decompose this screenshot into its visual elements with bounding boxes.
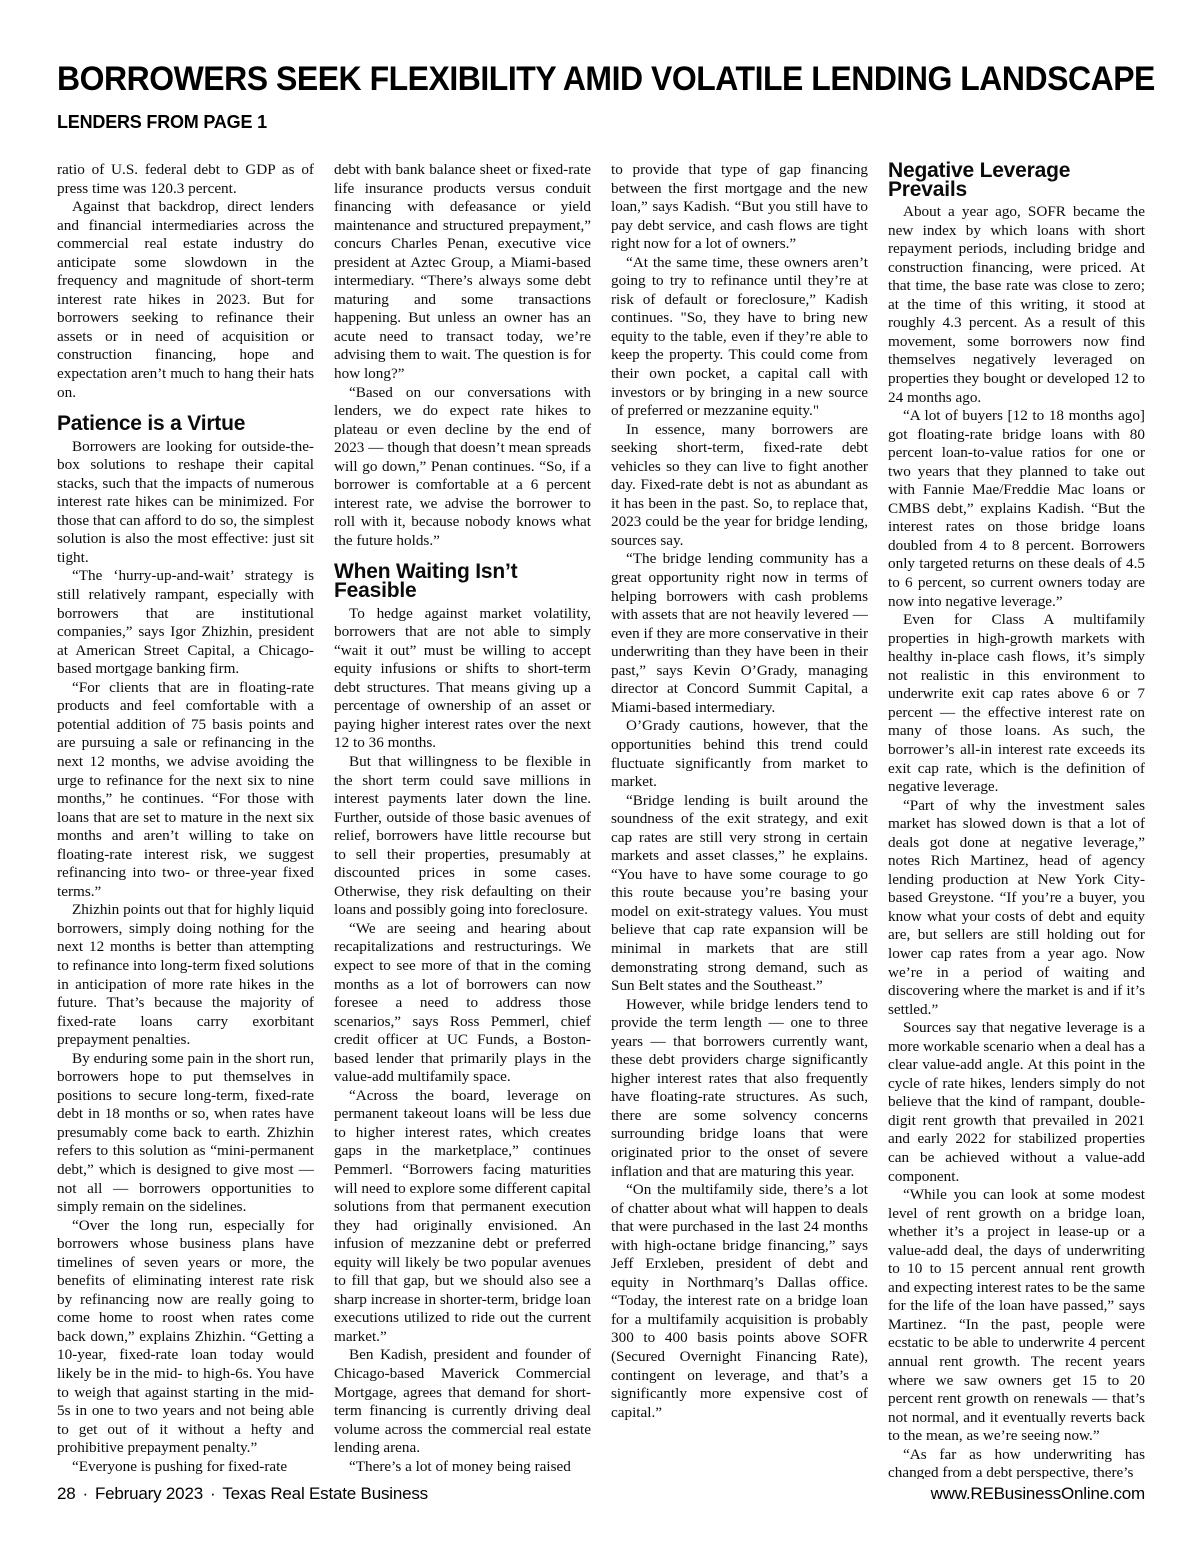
issue-date: February 2023 bbox=[95, 1484, 203, 1504]
paragraph: But that willingness to be flexible in t… bbox=[334, 753, 591, 920]
paragraph: About a year ago, SOFR became the new in… bbox=[888, 203, 1145, 407]
newspaper-page: BORROWERS SEEK FLEXIBILITY AMID VOLATILE… bbox=[0, 0, 1200, 1555]
paragraph: Even for Class A multifamily properties … bbox=[888, 611, 1145, 796]
paragraph: “For clients that are in floating-rate p… bbox=[57, 679, 314, 902]
text-column-2: debt with bank balance sheet or fixed-ra… bbox=[334, 161, 591, 1479]
paragraph: “There’s a lot of money being raised bbox=[334, 1458, 591, 1477]
paragraph: “A lot of buyers [12 to 18 months ago] g… bbox=[888, 407, 1145, 611]
paragraph: “The bridge lending community has a grea… bbox=[611, 550, 868, 717]
paragraph: By enduring some pain in the short run, … bbox=[57, 1050, 314, 1217]
article-body: ratio of U.S. federal debt to GDP as of … bbox=[57, 161, 1145, 1479]
paragraph: However, while bridge lenders tend to pr… bbox=[611, 996, 868, 1181]
paragraph: Zhizhin points out that for highly liqui… bbox=[57, 901, 314, 1049]
paragraph: In essence, many borrowers are seeking s… bbox=[611, 421, 868, 551]
paragraph: “Over the long run, especially for borro… bbox=[57, 1217, 314, 1458]
paragraph: “Across the board, leverage on permanent… bbox=[334, 1087, 591, 1347]
paragraph: “Bridge lending is built around the soun… bbox=[611, 792, 868, 996]
text-column-1: ratio of U.S. federal debt to GDP as of … bbox=[57, 161, 314, 1479]
footer-separator: · bbox=[76, 1484, 95, 1504]
paragraph: “Based on our conversations with lenders… bbox=[334, 384, 591, 551]
text-column-3: to provide that type of gap financing be… bbox=[611, 161, 868, 1479]
paragraph: O’Grady cautions, however, that the oppo… bbox=[611, 717, 868, 791]
website-url: www.REBusinessOnline.com bbox=[931, 1484, 1145, 1504]
paragraph: debt with bank balance sheet or fixed-ra… bbox=[334, 161, 591, 384]
paragraph: Borrowers are looking for outside-the-bo… bbox=[57, 438, 314, 568]
section-heading: When Waiting Isn’t Feasible bbox=[334, 563, 591, 600]
section-heading: Negative Leverage Prevails bbox=[888, 162, 1145, 199]
paragraph: Ben Kadish, president and founder of Chi… bbox=[334, 1346, 591, 1457]
page-number: 28 bbox=[57, 1484, 76, 1504]
paragraph: To hedge against market volatility, borr… bbox=[334, 605, 591, 753]
page-footer: 28·February 2023·Texas Real Estate Busin… bbox=[57, 1484, 1145, 1504]
text-column-4: Negative Leverage PrevailsAbout a year a… bbox=[888, 161, 1145, 1479]
paragraph: Sources say that negative leverage is a … bbox=[888, 1019, 1145, 1186]
footer-left: 28·February 2023·Texas Real Estate Busin… bbox=[57, 1484, 428, 1504]
paragraph: “At the same time, these owners aren’t g… bbox=[611, 254, 868, 421]
section-heading: Patience is a Virtue bbox=[57, 415, 314, 434]
paragraph: to provide that type of gap financing be… bbox=[611, 161, 868, 254]
paragraph: Against that backdrop, direct lenders an… bbox=[57, 198, 314, 402]
continued-from-notice: LENDERS FROM PAGE 1 bbox=[57, 112, 1143, 133]
paragraph: “The ‘hurry-up-and-wait’ strategy is sti… bbox=[57, 567, 314, 678]
paragraph: “We are seeing and hearing about recapit… bbox=[334, 920, 591, 1087]
publication-name: Texas Real Estate Business bbox=[222, 1484, 428, 1504]
paragraph: “On the multifamily side, there’s a lot … bbox=[611, 1181, 868, 1422]
paragraph: “Everyone is pushing for fixed-rate bbox=[57, 1458, 314, 1477]
paragraph: “While you can look at some modest level… bbox=[888, 1186, 1145, 1446]
footer-separator: · bbox=[203, 1484, 222, 1504]
paragraph: “Part of why the investment sales market… bbox=[888, 797, 1145, 1020]
article-title: BORROWERS SEEK FLEXIBILITY AMID VOLATILE… bbox=[57, 60, 1078, 99]
paragraph: “As far as how underwriting has changed … bbox=[888, 1446, 1145, 1479]
paragraph: ratio of U.S. federal debt to GDP as of … bbox=[57, 161, 314, 198]
article-header: BORROWERS SEEK FLEXIBILITY AMID VOLATILE… bbox=[57, 60, 1143, 133]
